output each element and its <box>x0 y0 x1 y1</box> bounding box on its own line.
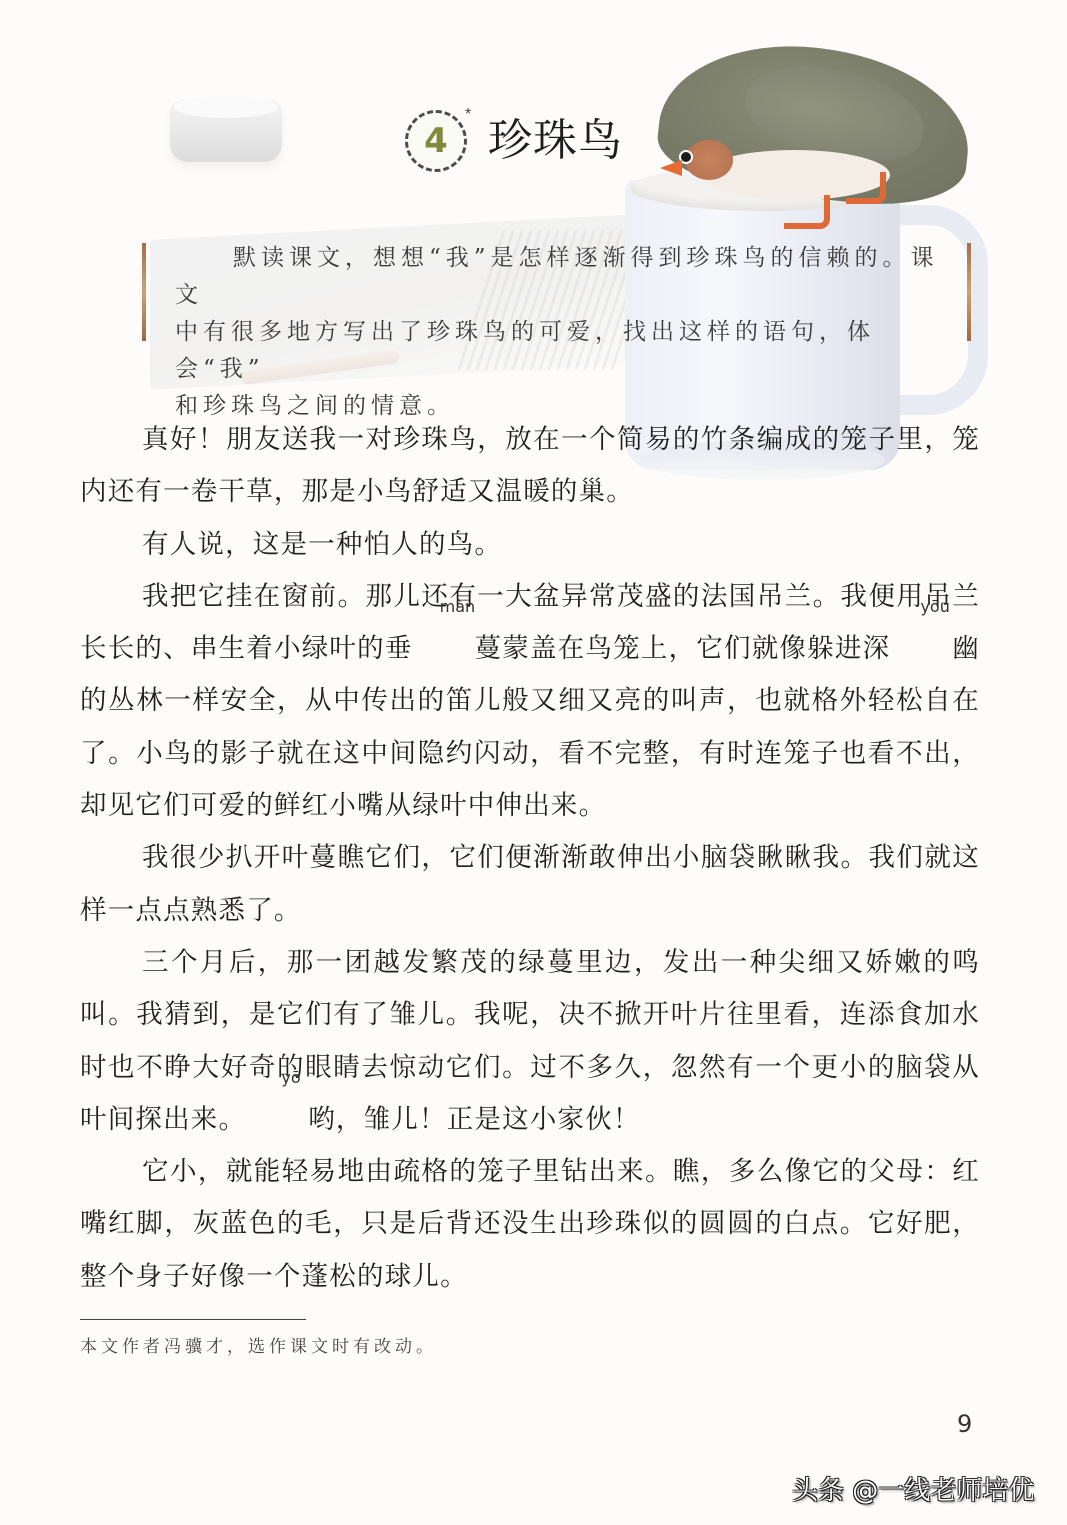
lesson-body: 真好！朋友送我一对珍珠鸟，放在一个简易的竹条编成的笼子里，笼内还有一卷干草，那是… <box>80 414 980 1303</box>
prompt-line: 中有很多地方写出了珍珠鸟的可爱，找出这样的语句，体会“我” <box>175 314 945 388</box>
paragraph: 三个月后，那一团越发繁茂的绿蔓里边，发出一种尖细又娇嫩的鸣叫。我猜到，是它们有了… <box>80 937 980 1146</box>
bird-beak-illustration <box>660 160 682 176</box>
annotated-character: yō哟 <box>246 1094 336 1146</box>
lesson-title: 珍珠鸟 <box>488 104 623 168</box>
paragraph-text: 蒙盖在鸟笼上，它们就像躲进深 <box>502 633 890 664</box>
lesson-number: 4 <box>424 121 448 161</box>
pinyin-annotation: màn <box>440 599 476 615</box>
annotated-character: yōu幽 <box>890 623 980 675</box>
self-study-marker: * <box>465 106 471 124</box>
watermark: 头条 @一线老师培优 <box>792 1470 1034 1507</box>
prompt-box-left-bar <box>142 243 146 341</box>
pinyin-annotation: yōu <box>920 599 949 615</box>
pinyin-annotation: yō <box>281 1070 300 1086</box>
paragraph: 我把它挂在窗前。那儿还有一大盆异常茂盛的法国吊兰。我便用吊兰长长的、串生着小绿叶… <box>80 571 980 832</box>
footnote-divider <box>80 1319 306 1320</box>
prompt-line: 默读课文，想想“我”是怎样逐渐得到珍珠鸟的信赖的。课文 <box>175 245 939 308</box>
paragraph: 它小，就能轻易地由疏格的笼子里钻出来。瞧，多么像它的父母：红嘴红脚，灰蓝色的毛，… <box>80 1146 980 1303</box>
footnote: 本文作者冯骥才，选作课文时有改动。 <box>80 1332 437 1357</box>
eraser-top-illustration <box>174 96 278 118</box>
bird-eye-illustration <box>681 152 691 162</box>
paragraph: 真好！朋友送我一对珍珠鸟，放在一个简易的竹条编成的笼子里，笼内还有一卷干草，那是… <box>80 414 980 519</box>
bird-foot-illustration <box>784 195 830 229</box>
paragraph: 有人说，这是一种怕人的鸟。 <box>80 519 980 571</box>
bird-foot-illustration <box>846 172 886 204</box>
page-number: 9 <box>957 1410 972 1438</box>
paragraph-text: 的丛林一样安全，从中传出的笛儿般又细又亮的叫声，也就格外轻松自在了。小鸟的影子就… <box>80 685 980 821</box>
reading-prompt: 默读课文，想想“我”是怎样逐渐得到珍珠鸟的信赖的。课文 中有很多地方写出了珍珠鸟… <box>175 240 945 425</box>
lesson-number-badge: 4 <box>405 110 467 172</box>
paragraph: 我很少扒开叶蔓瞧它们，它们便渐渐敢伸出小脑袋瞅瞅我。我们就这样一点点熟悉了。 <box>80 832 980 937</box>
prompt-box-right-bar <box>967 243 971 341</box>
bird-cheek-illustration <box>685 140 733 180</box>
paragraph-text: ，雏儿！正是这小家伙！ <box>336 1104 641 1135</box>
annotated-character: màn蔓 <box>413 623 503 675</box>
